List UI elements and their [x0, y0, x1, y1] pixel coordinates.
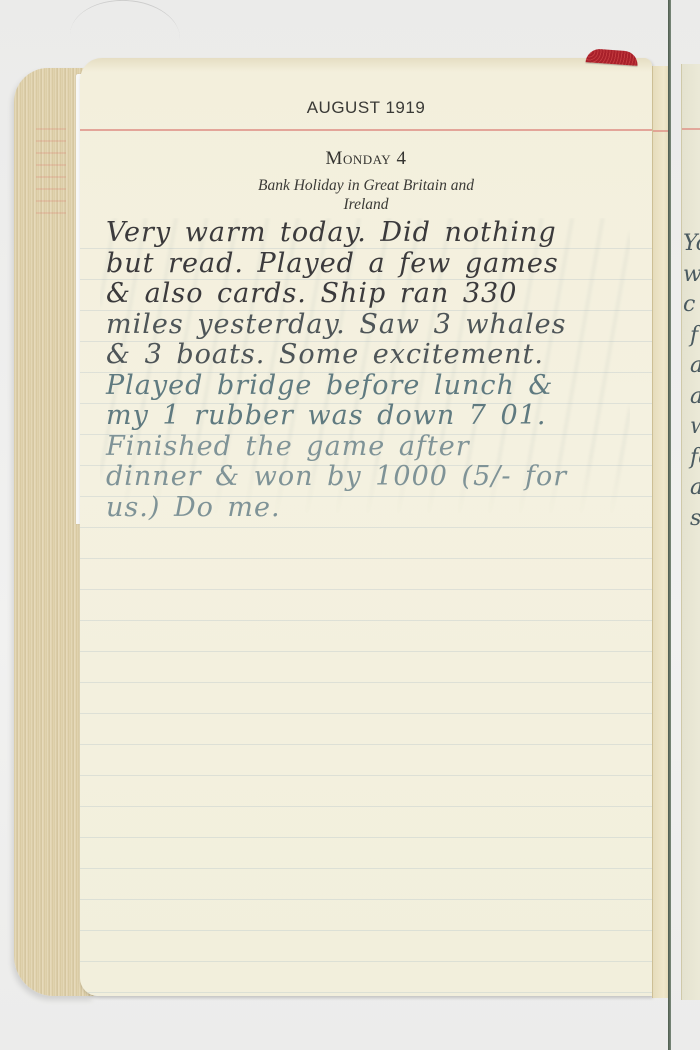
- entry-line: us.) Do me.: [106, 493, 646, 524]
- holiday-note-line2: Ireland: [343, 196, 388, 213]
- entry-line: miles yesterday. Saw 3 whales: [106, 310, 646, 341]
- entry-line: & 3 boats. Some excitement.: [106, 340, 646, 371]
- entry-line: Played bridge before lunch &: [106, 371, 646, 402]
- holiday-note-line1: Bank Holiday in Great Britain and: [258, 177, 474, 194]
- entry-line: & also cards. Ship ran 330: [106, 279, 646, 310]
- month-header: AUGUST 1919: [80, 98, 652, 118]
- entry-line: my 1 rubber was down 7 01.: [106, 401, 646, 432]
- facing-page-red-rule: [682, 128, 700, 130]
- handwritten-entry: Very warm today. Did nothing but read. P…: [106, 218, 646, 523]
- header-red-rule: [80, 129, 652, 131]
- entry-line: Finished the game after: [106, 432, 646, 463]
- holiday-note: Bank Holiday in Great Britain and Irelan…: [80, 176, 652, 214]
- diary-page: AUGUST 1919 Monday 4 Bank Holiday in Gre…: [80, 58, 652, 996]
- facing-page-text: Yo wi c so f a a wi fo au su: [683, 229, 700, 534]
- glass-plate-edge: [668, 0, 671, 1050]
- entry-line: Very warm today. Did nothing: [106, 218, 646, 249]
- day-title: Monday 4: [80, 148, 652, 170]
- entry-line: but read. Played a few games: [106, 249, 646, 280]
- facing-page: Yo wi c so f a a wi fo au su: [681, 64, 700, 1000]
- entry-line: dinner & won by 1000 (5/- for: [106, 462, 646, 493]
- page-top-shadow: [80, 58, 652, 72]
